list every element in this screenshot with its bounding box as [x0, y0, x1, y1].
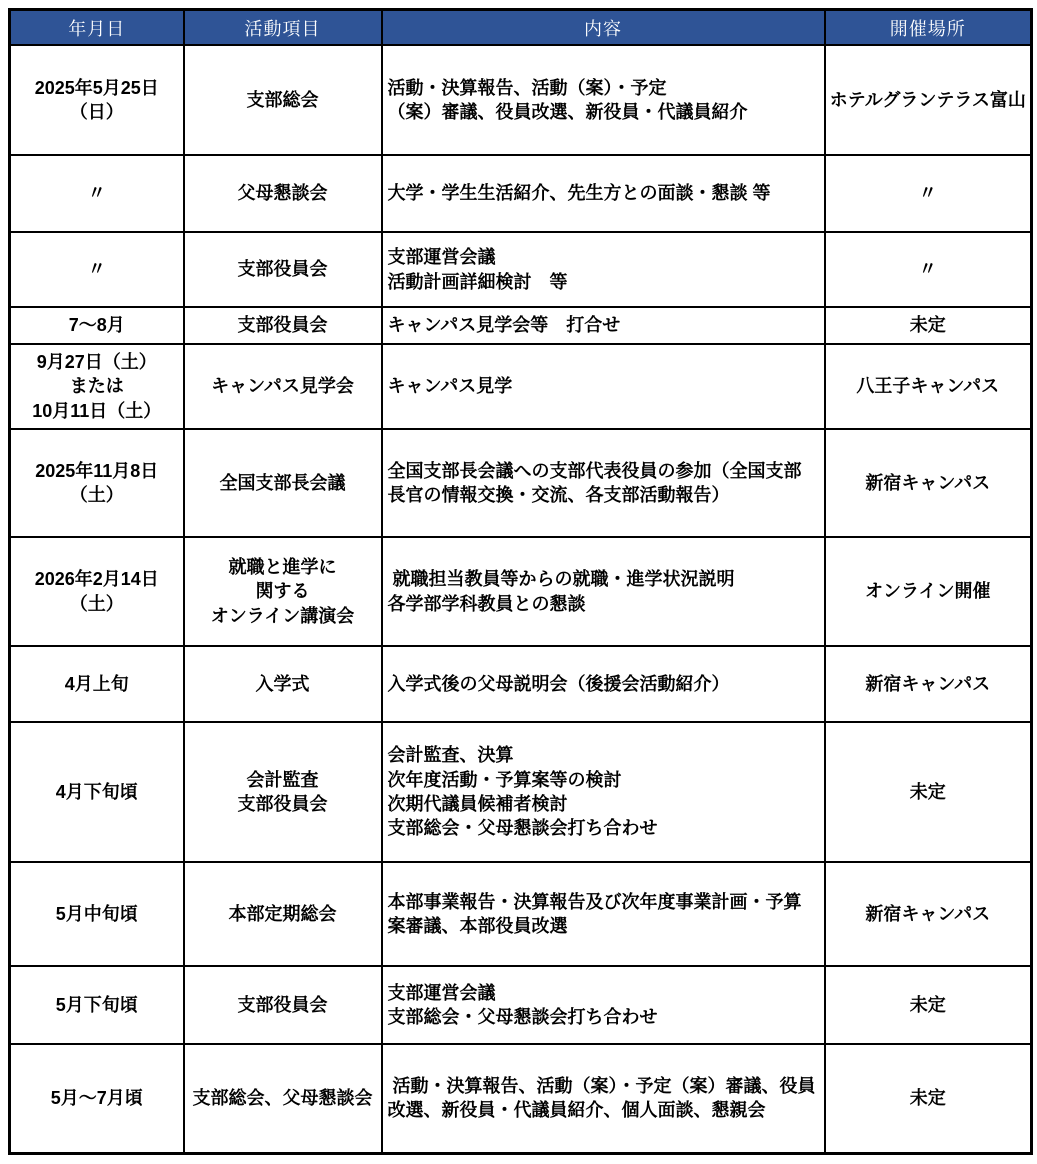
cell-date: 9月27日（土） または 10月11日（土）	[10, 344, 184, 429]
table-row: 5月中旬頃本部定期総会本部事業報告・決算報告及び次年度事業計画・予算案審議、本部…	[10, 862, 1032, 966]
cell-venue: 八王子キャンパス	[825, 344, 1032, 429]
cell-content: 支部運営会議 支部総会・父母懇談会打ち合わせ	[382, 966, 825, 1044]
cell-activity: 本部定期総会	[184, 862, 382, 966]
table-header: 年月日 活動項目 内容 開催場所	[10, 10, 1032, 46]
table-row: 4月下旬頃会計監査 支部役員会会計監査、決算 次年度活動・予算案等の検討 次期代…	[10, 722, 1032, 862]
table-row: 2025年11月8日（土）全国支部長会議全国支部長会議への支部代表役員の参加（全…	[10, 429, 1032, 537]
document-page: 年月日 活動項目 内容 開催場所 2025年5月25日（日）支部総会活動・決算報…	[0, 0, 1037, 1164]
cell-date: 〃	[10, 155, 184, 232]
table-row: 〃父母懇談会大学・学生生活紹介、先生方との面談・懇談 等〃	[10, 155, 1032, 232]
table-body: 2025年5月25日（日）支部総会活動・決算報告、活動（案）・予定 （案）審議、…	[10, 45, 1032, 1153]
cell-venue: 未定	[825, 966, 1032, 1044]
cell-activity: 支部総会	[184, 45, 382, 155]
table-row: 2026年2月14日（土）就職と進学に 関する オンライン講演会 就職担当教員等…	[10, 537, 1032, 646]
cell-venue: 〃	[825, 155, 1032, 232]
table-row: 9月27日（土） または 10月11日（土）キャンパス見学会キャンパス見学八王子…	[10, 344, 1032, 429]
cell-activity: 入学式	[184, 646, 382, 722]
cell-content: キャンパス見学会等 打合せ	[382, 307, 825, 344]
cell-content: キャンパス見学	[382, 344, 825, 429]
cell-venue: 未定	[825, 722, 1032, 862]
cell-content: 大学・学生生活紹介、先生方との面談・懇談 等	[382, 155, 825, 232]
cell-date: 2025年5月25日（日）	[10, 45, 184, 155]
cell-venue: 〃	[825, 232, 1032, 307]
cell-content: 本部事業報告・決算報告及び次年度事業計画・予算案審議、本部役員改選	[382, 862, 825, 966]
header-cell: 活動項目	[184, 10, 382, 46]
cell-date: 7～8月	[10, 307, 184, 344]
cell-activity: 支部役員会	[184, 966, 382, 1044]
cell-content: 活動・決算報告、活動（案）・予定（案）審議、役員改選、新役員・代議員紹介、個人面…	[382, 1044, 825, 1153]
cell-content: 全国支部長会議への支部代表役員の参加（全国支部長官の情報交換・交流、各支部活動報…	[382, 429, 825, 537]
header-cell: 年月日	[10, 10, 184, 46]
cell-date: 2026年2月14日（土）	[10, 537, 184, 646]
cell-venue: 新宿キャンパス	[825, 646, 1032, 722]
cell-content: 会計監査、決算 次年度活動・予算案等の検討 次期代議員候補者検討 支部総会・父母…	[382, 722, 825, 862]
table-row: 2025年5月25日（日）支部総会活動・決算報告、活動（案）・予定 （案）審議、…	[10, 45, 1032, 155]
cell-venue: ホテルグランテラス富山	[825, 45, 1032, 155]
cell-date: 5月～7月頃	[10, 1044, 184, 1153]
cell-content: 就職担当教員等からの就職・進学状況説明 各学部学科教員との懇談	[382, 537, 825, 646]
header-row: 年月日 活動項目 内容 開催場所	[10, 10, 1032, 46]
cell-date: 5月下旬頃	[10, 966, 184, 1044]
table-row: 5月～7月頃支部総会、父母懇談会 活動・決算報告、活動（案）・予定（案）審議、役…	[10, 1044, 1032, 1153]
cell-activity: 全国支部長会議	[184, 429, 382, 537]
cell-date: 4月上旬	[10, 646, 184, 722]
cell-activity: 支部役員会	[184, 307, 382, 344]
cell-date: 4月下旬頃	[10, 722, 184, 862]
activity-schedule-table: 年月日 活動項目 内容 開催場所 2025年5月25日（日）支部総会活動・決算報…	[8, 8, 1033, 1155]
cell-activity: 父母懇談会	[184, 155, 382, 232]
header-cell: 開催場所	[825, 10, 1032, 46]
cell-venue: 未定	[825, 1044, 1032, 1153]
cell-content: 活動・決算報告、活動（案）・予定 （案）審議、役員改選、新役員・代議員紹介	[382, 45, 825, 155]
cell-venue: 新宿キャンパス	[825, 429, 1032, 537]
cell-activity: 支部役員会	[184, 232, 382, 307]
header-cell: 内容	[382, 10, 825, 46]
table-row: 7～8月支部役員会キャンパス見学会等 打合せ未定	[10, 307, 1032, 344]
cell-activity: キャンパス見学会	[184, 344, 382, 429]
cell-content: 支部運営会議 活動計画詳細検討 等	[382, 232, 825, 307]
cell-date: 5月中旬頃	[10, 862, 184, 966]
cell-activity: 支部総会、父母懇談会	[184, 1044, 382, 1153]
cell-date: 〃	[10, 232, 184, 307]
table-row: 〃支部役員会支部運営会議 活動計画詳細検討 等〃	[10, 232, 1032, 307]
cell-date: 2025年11月8日（土）	[10, 429, 184, 537]
cell-venue: 新宿キャンパス	[825, 862, 1032, 966]
cell-activity: 就職と進学に 関する オンライン講演会	[184, 537, 382, 646]
table-row: 5月下旬頃支部役員会支部運営会議 支部総会・父母懇談会打ち合わせ未定	[10, 966, 1032, 1044]
cell-content: 入学式後の父母説明会（後援会活動紹介）	[382, 646, 825, 722]
cell-activity: 会計監査 支部役員会	[184, 722, 382, 862]
table-row: 4月上旬入学式入学式後の父母説明会（後援会活動紹介）新宿キャンパス	[10, 646, 1032, 722]
cell-venue: 未定	[825, 307, 1032, 344]
cell-venue: オンライン開催	[825, 537, 1032, 646]
